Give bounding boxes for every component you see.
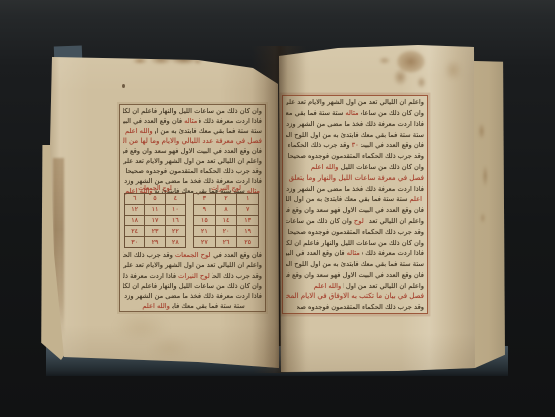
rubric-word: لوح الجمعات (175, 251, 211, 260)
body-text: واعلم ان الليالي تعد من اول الشهر والايا… (123, 261, 262, 270)
text-line: فان وقع العدد في البيت الاول فهو سعد وان… (286, 206, 424, 216)
body-text: فاذا اردت معرفة ذلك فخذ ما مضى من الشهر … (123, 272, 176, 281)
body-text: ستة ستة فما بقي معك فابتدئ به من اول الل… (286, 109, 343, 118)
rubric-heading: فصل في بيان ما تكتب به الاوفاق في الايام… (286, 292, 424, 302)
rubric-word: لوح (354, 217, 364, 226)
body-text: فان وقع العدد في البيت الاول فهو سعد وان… (361, 141, 424, 150)
body-text: وقد جرب ذلك الحكماء المتقدمون فوجدوه صحي… (286, 141, 350, 150)
body-text: فاذا اردت معرفة ذلك فخذ ما مضى من الشهر … (286, 120, 424, 129)
text-line: فان وقع العدد في البيت الاول فهو سعد وان… (286, 271, 424, 281)
manuscript-right-page: واعلم ان الليالي تعد من اول الشهر والايا… (278, 44, 477, 373)
text-line: فان وقع العدد في البيت الاول فهو سعد وان… (286, 141, 424, 151)
text-line: ستة ستة فما بقي معك فابتدئ به من اول الل… (286, 130, 424, 140)
rubric-word: ٣٠ (352, 141, 359, 150)
text-line: وان كان ذلك من ساعات الليل والنهار فاعلم… (286, 238, 424, 248)
body-text: وان كان ذلك من ساعات الليل والنهار فاعلم… (286, 217, 352, 226)
rubric-word: والله اعلم (311, 163, 339, 172)
right-text-block-frame: واعلم ان الليالي تعد من اول الشهر والايا… (282, 95, 428, 314)
rubric-word: مثاله (347, 249, 360, 258)
right-text-lines: واعلم ان الليالي تعد من اول الشهر والايا… (283, 96, 427, 313)
text-line: واعلم ان الليالي تعد من اول الشهر والايا… (312, 282, 424, 292)
body-text: وقد جرب ذلك الحكماء المتقدمون فوجدوه صحي… (286, 228, 424, 237)
text-line: اعلمستة ستة فما بقي معك فابتدئ به من اول… (286, 195, 424, 205)
text-line: وقد جرب ذلك الحكماء المتقدمون فوجدوه صحي… (286, 228, 424, 238)
body-text: ستة ستة فما بقي معك فابتدئ به من اول الل… (286, 260, 424, 269)
text-line: فاذا اردت معرفة ذلك فخذ ما مضى من الشهر … (286, 249, 424, 259)
text-line: وان كان ذلك من ساعات الليل والنهار فاعلم… (286, 109, 424, 119)
rubric-word: اعلم (409, 195, 422, 204)
body-text: فان وقع العدد في البيت الاول فهو سعد وان… (286, 271, 424, 280)
body-text: فاذا اردت معرفة ذلك فخذ ما مضى من الشهر … (362, 249, 424, 258)
text-line: وان كان ذلك من ساعات الليل والنهار فاعلم… (123, 282, 262, 292)
body-text: وان كان ذلك من ساعات الليل والنهار فاعلم… (361, 109, 424, 118)
body-text: فاذا اردت معرفة ذلك فخذ ما مضى من الشهر … (286, 185, 424, 194)
text-line: ستة ستة فما بقي معك فابتدئ به من اول الل… (140, 302, 244, 312)
left-text-lower-lines: فان وقع العدد في البيت الاول فهو سعد وان… (120, 105, 265, 311)
body-text: وقد جرب ذلك الحكماء المتقدمون فوجدوه صحي… (286, 152, 424, 161)
body-text: وان كان ذلك من ساعات الليل والنهار فاعلم… (340, 163, 424, 172)
text-line: فان وقع العدد في البيت الاول فهو سعد وان… (123, 251, 262, 261)
body-text: واعلم ان الليالي تعد من اول الشهر والايا… (343, 282, 424, 291)
body-text: وان كان ذلك من ساعات الليل والنهار فاعلم… (123, 282, 262, 291)
text-line: فاذا اردت معرفة ذلك فخذ ما مضى من الشهر … (123, 292, 262, 302)
text-line: فاذا اردت معرفة ذلك فخذ ما مضى من الشهر … (286, 120, 424, 130)
body-text: فان وقع العدد في البيت الاول فهو سعد وان… (286, 249, 345, 258)
body-text: وقد جرب ذلك الحكماء المتقدمون فوجدوه صحي… (212, 272, 262, 281)
body-text: فان وقع العدد في البيت الاول فهو سعد وان… (286, 206, 424, 215)
text-line: وان كان ذلك من ساعات الليل والنهار فاعلم… (309, 163, 424, 173)
text-line: وقد جرب ذلك الحكماء المتقدمون فوجدوه صحي… (286, 152, 424, 162)
body-text: وقد جرب ذلك الحكماء المتقدمون فوجدوه صحي… (123, 251, 173, 260)
body-text: ستة ستة فما بقي معك فابتدئ به من اول الل… (286, 195, 407, 204)
rubric-word: مثاله (345, 109, 358, 118)
manuscript-left-page: وان كان ذلك من ساعات الليل والنهار فاعلم… (48, 54, 280, 369)
photograph-backdrop: وان كان ذلك من ساعات الليل والنهار فاعلم… (0, 0, 555, 417)
body-text: وان كان ذلك من ساعات الليل والنهار فاعلم… (286, 239, 424, 248)
text-line: فاذا اردت معرفة ذلك فخذ ما مضى من الشهر … (286, 184, 424, 194)
body-text: ستة ستة فما بقي معك فابتدئ به من اول الل… (172, 302, 245, 311)
rubric-word: لوح النيرات (178, 272, 210, 281)
text-line: وقد جرب ذلك الحكماء المتقدمون فوجدوه صحي… (297, 303, 424, 313)
body-text: فاذا اردت معرفة ذلك فخذ ما مضى من الشهر … (123, 292, 262, 301)
text-line: واعلم ان الليالي تعد من اول الشهر والايا… (123, 261, 262, 271)
rubric-word: والله اعلم (142, 302, 170, 311)
body-text: فان وقع العدد في البيت الاول فهو سعد وان… (212, 251, 262, 260)
text-line: ستة ستة فما بقي معك فابتدئ به من اول الل… (286, 260, 424, 270)
left-text-block-frame: وان كان ذلك من ساعات الليل والنهار فاعلم… (119, 104, 266, 312)
text-line: وقد جرب ذلك الحكماء المتقدمون فوجدوه صحي… (123, 271, 262, 281)
text-line: واعلم ان الليالي تعد من اول الشهر والايا… (286, 98, 424, 108)
body-text: وقد جرب ذلك الحكماء المتقدمون فوجدوه صحي… (297, 303, 424, 312)
rubric-heading: فصل في معرفة ساعات الليل والنهار وما يتع… (286, 174, 424, 184)
body-text: ستة ستة فما بقي معك فابتدئ به من اول الل… (286, 131, 424, 140)
rubric-word: والله اعلم (314, 282, 342, 291)
text-line: واعلم ان الليالي تعد من اول الشهر والايا… (286, 217, 424, 227)
body-text: واعلم ان الليالي تعد من اول الشهر والايا… (366, 217, 424, 226)
body-text: واعلم ان الليالي تعد من اول الشهر والايا… (286, 98, 424, 107)
